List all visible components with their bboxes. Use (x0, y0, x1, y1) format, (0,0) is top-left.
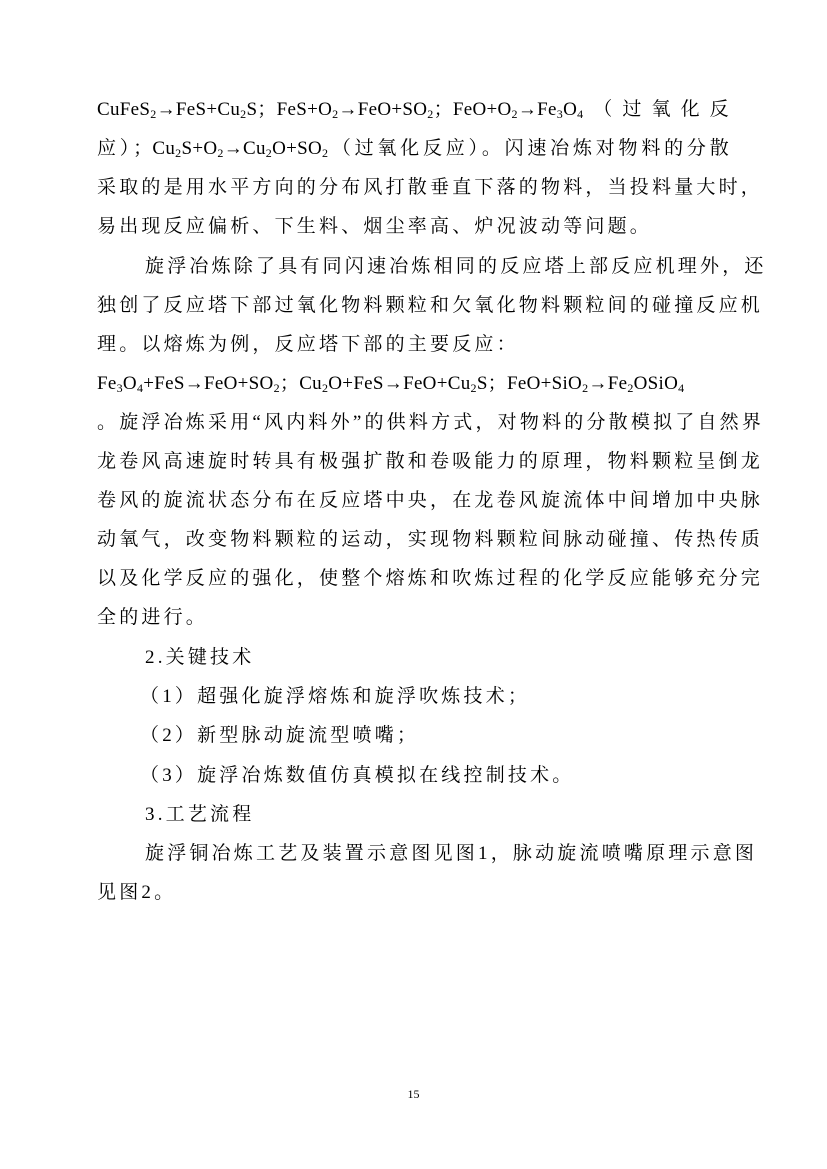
list-item: （1）超强化旋浮熔炼和旋浮吹炼技术； (140, 685, 772, 709)
equation-line-1: CuFeS2→FeS+Cu2S；FeS+O2→FeO+SO2；FeO+O2→Fe… (97, 98, 729, 122)
text-seg: Fe (97, 373, 117, 394)
paragraph-line: 动氧气，改变物料颗粒的运动，实现物料颗粒间脉动碰撞、传热传质 (97, 528, 729, 552)
text-seg: CuFeS (97, 99, 150, 120)
paragraph-line: 龙卷风高速旋时转具有极强扩散和卷吸能力的原理，物料颗粒呈倒龙 (97, 450, 729, 474)
text-seg: （过氧化反应）。闪速冶炼对物料的分散 (328, 138, 729, 159)
paragraph-line: 旋浮铜冶炼工艺及装置示意图见图1，脉动旋流喷嘴原理示意图 (145, 842, 729, 866)
list-item: （2）新型脉动旋流型喷嘴； (140, 724, 772, 748)
text-seg: →FeO+SO (338, 99, 427, 120)
paragraph-line: 独创了反应塔下部过氧化物料颗粒和欠氧化物料颗粒间的碰撞反应机 (97, 294, 729, 318)
text-seg: O (123, 373, 137, 394)
section-heading: 2.关键技术 (145, 646, 729, 670)
text-seg: S；FeO+SiO (477, 373, 582, 394)
paragraph-line: 见图2。 (97, 881, 729, 905)
paragraph-line: 全的进行。 (97, 606, 729, 630)
paragraph-line: 。旋浮冶炼采用“风内料外”的供料方式，对物料的分散模拟了自然界 (97, 411, 729, 435)
list-item: （3）旋浮冶炼数值仿真模拟在线控制技术。 (140, 764, 772, 788)
text-seg: ；FeO+O (434, 99, 512, 120)
page-number: 15 (0, 1087, 827, 1102)
text-seg: S+O (181, 138, 217, 159)
text-seg: （过氧化反 (583, 99, 729, 120)
text-seg: 应）；Cu (97, 138, 175, 159)
paragraph-line: 旋浮冶炼除了具有同闪速冶炼相同的反应塔上部反应机理外，还 (145, 255, 729, 279)
section-heading: 3.工艺流程 (145, 803, 729, 827)
paragraph-line: 采取的是用水平方向的分布风打散垂直下落的物料，当投料量大时， (97, 176, 729, 200)
text-seg: O (563, 99, 577, 120)
text-seg: →Fe (518, 99, 557, 120)
subscript: 4 (678, 381, 684, 395)
text-seg: ；Cu (280, 373, 322, 394)
equation-line-2: 应）；Cu2S+O2→Cu2O+SO2（过氧化反应）。闪速冶炼对物料的分散 (97, 137, 729, 161)
paragraph-line: 理。以熔炼为例，反应塔下部的主要反应： (97, 333, 729, 357)
text-seg: +FeS→FeO+SO (143, 373, 273, 394)
text-seg: →Cu (224, 138, 266, 159)
paragraph-line: 易出现反应偏析、下生料、烟尘率高、炉况波动等问题。 (97, 215, 729, 239)
text-seg: →FeS+Cu (157, 99, 241, 120)
equation-line-3: Fe3O4+FeS→FeO+SO2；Cu2O+FeS→FeO+Cu2S；FeO+… (97, 372, 729, 396)
text-seg: →Fe (588, 373, 627, 394)
text-seg: O+SO (272, 138, 322, 159)
paragraph-line: 以及化学反应的强化，使整个熔炼和吹炼过程的化学反应能够充分完 (97, 567, 729, 591)
text-seg: O+FeS→FeO+Cu (328, 373, 470, 394)
text-seg: OSiO (634, 373, 679, 394)
paragraph-line: 卷风的旋流状态分布在反应塔中央，在龙卷风旋流体中间增加中央脉 (97, 489, 729, 513)
text-seg: S；FeS+O (246, 99, 332, 120)
